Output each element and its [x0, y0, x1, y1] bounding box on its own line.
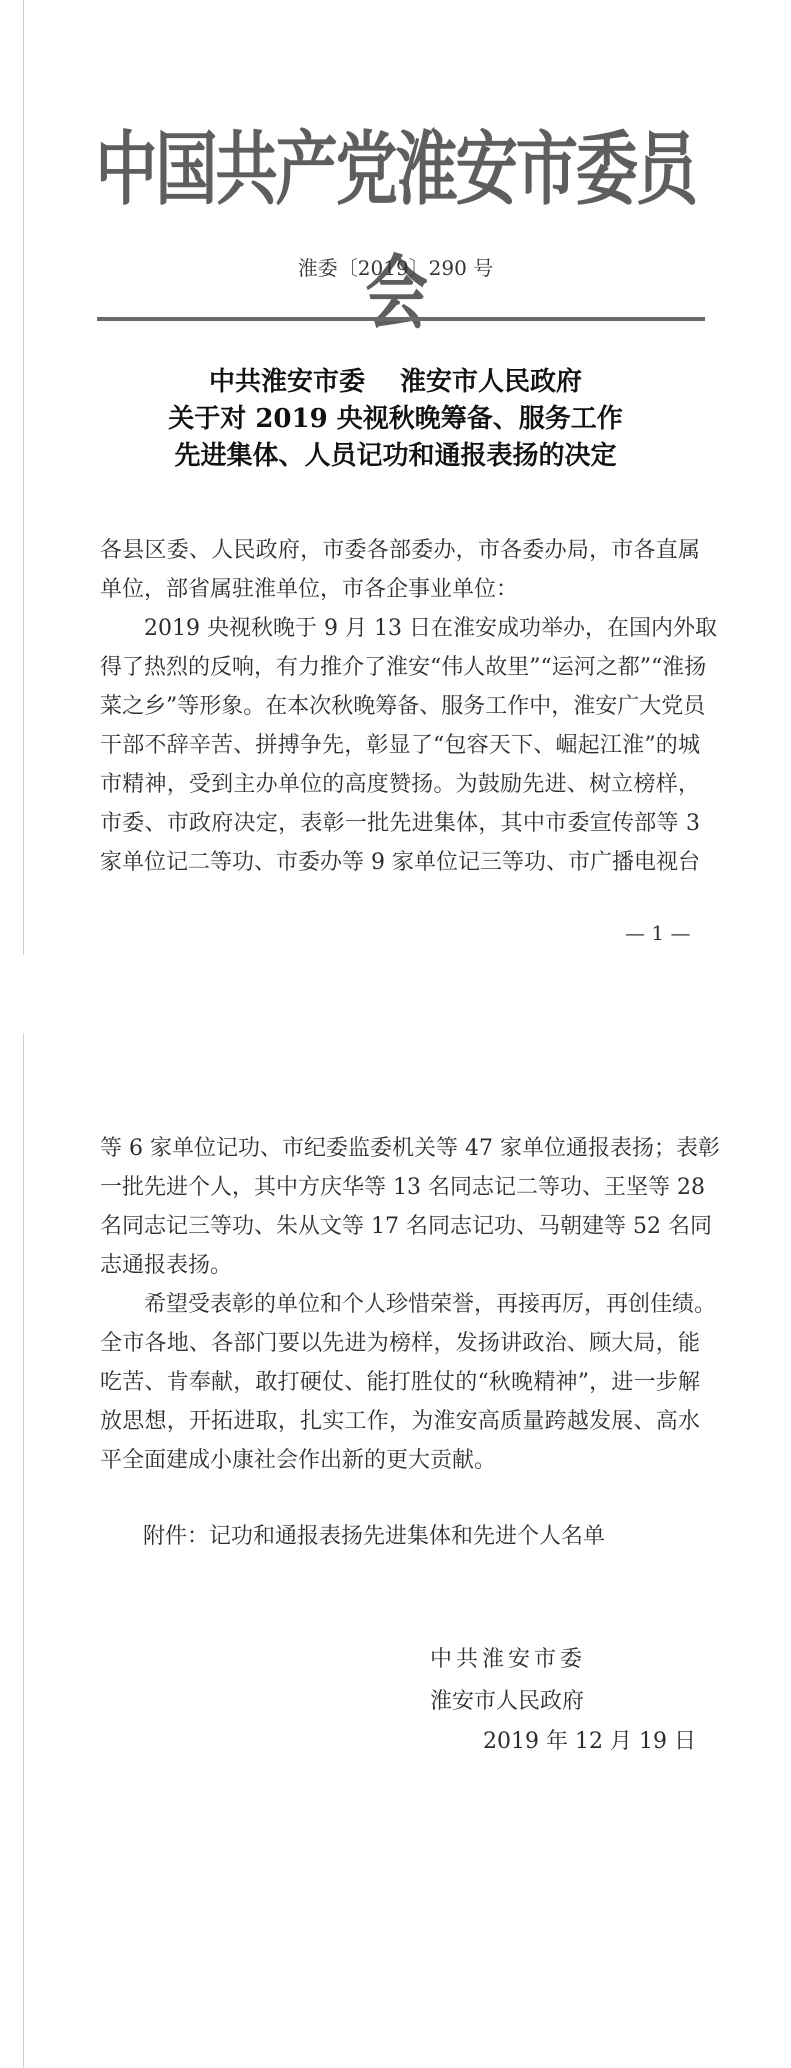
document-number: 淮委〔2019〕290 号: [0, 254, 791, 282]
signature-date: 2019 年 12 月 19 日: [483, 1724, 696, 1760]
page-2-edge: [23, 1033, 24, 2068]
body-line: 放思想，开拓进取，扎实工作，为淮安高质量跨越发展、高水: [100, 1402, 700, 1441]
body-line: 平全面建成小康社会作出新的更大贡献。: [100, 1441, 700, 1480]
body-line: 等 6 家单位记功、市纪委监委机关等 47 家单位通报表扬；表彰: [100, 1129, 700, 1168]
body-line: 家单位记二等功、市委办等 9 家单位记三等功、市广播电视台: [100, 843, 700, 882]
body-line: 市精神，受到主办单位的高度赞扬。为鼓励先进、树立榜样，: [100, 765, 700, 804]
body-line: 菜之乡”等形象。在本次秋晚筹备、服务工作中，淮安广大党员: [100, 687, 700, 726]
body-line: 得了热烈的反响，有力推介了淮安“伟人故里”“运河之都”“淮扬: [100, 648, 700, 687]
body-line: 名同志记三等功、朱从文等 17 名同志记功、马朝建等 52 名同: [100, 1207, 700, 1246]
masthead-divider: [97, 317, 705, 321]
body-line: 吃苦、肯奉献，敢打硬仗、能打胜仗的“秋晚精神”，进一步解: [100, 1363, 700, 1402]
body-line: 干部不辞辛苦、拼搏争先，彰显了“包容天下、崛起江淮”的城: [100, 726, 700, 765]
page-number: — 1 —: [625, 920, 690, 946]
body-line: 市委、市政府决定，表彰一批先进集体，其中市委宣传部等 3: [100, 804, 700, 843]
body-line: 各县区委、人民政府，市委各部委办，市各委办局，市各直属: [100, 531, 700, 570]
signature-government: 淮安市人民政府: [430, 1684, 584, 1720]
body-line: 希望受表彰的单位和个人珍惜荣誉，再接再厉，再创佳绩。: [100, 1285, 700, 1324]
page-2-body: 等 6 家单位记功、市纪委监委机关等 47 家单位通报表扬；表彰 一批先进个人，…: [100, 1129, 700, 1480]
body-line: 2019 央视秋晚于 9 月 13 日在淮安成功举办，在国内外取: [100, 609, 700, 648]
heading-line: 中共淮安市委 淮安市人民政府: [0, 364, 791, 401]
body-line: 志通报表扬。: [100, 1246, 700, 1285]
attachment-note: 附件：记功和通报表扬先进集体和先进个人名单: [143, 1519, 605, 1555]
document-heading: 中共淮安市委 淮安市人民政府 关于对 2019 央视秋晚筹备、服务工作 先进集体…: [0, 364, 791, 475]
heading-line: 关于对 2019 央视秋晚筹备、服务工作: [0, 401, 791, 438]
body-line: 单位，部省属驻淮单位，市各企事业单位：: [100, 570, 700, 609]
body-line: 全市各地、各部门要以先进为榜样，发扬讲政治、顾大局，能: [100, 1324, 700, 1363]
body-line: 一批先进个人，其中方庆华等 13 名同志记二等功、王坚等 28: [100, 1168, 700, 1207]
heading-line: 先进集体、人员记功和通报表扬的决定: [0, 438, 791, 475]
signature-party-committee: 中共淮安市委: [430, 1642, 586, 1678]
page-1-body: 各县区委、人民政府，市委各部委办，市各委办局，市各直属 单位，部省属驻淮单位，市…: [100, 531, 700, 882]
page-1-edge: [23, 0, 24, 955]
